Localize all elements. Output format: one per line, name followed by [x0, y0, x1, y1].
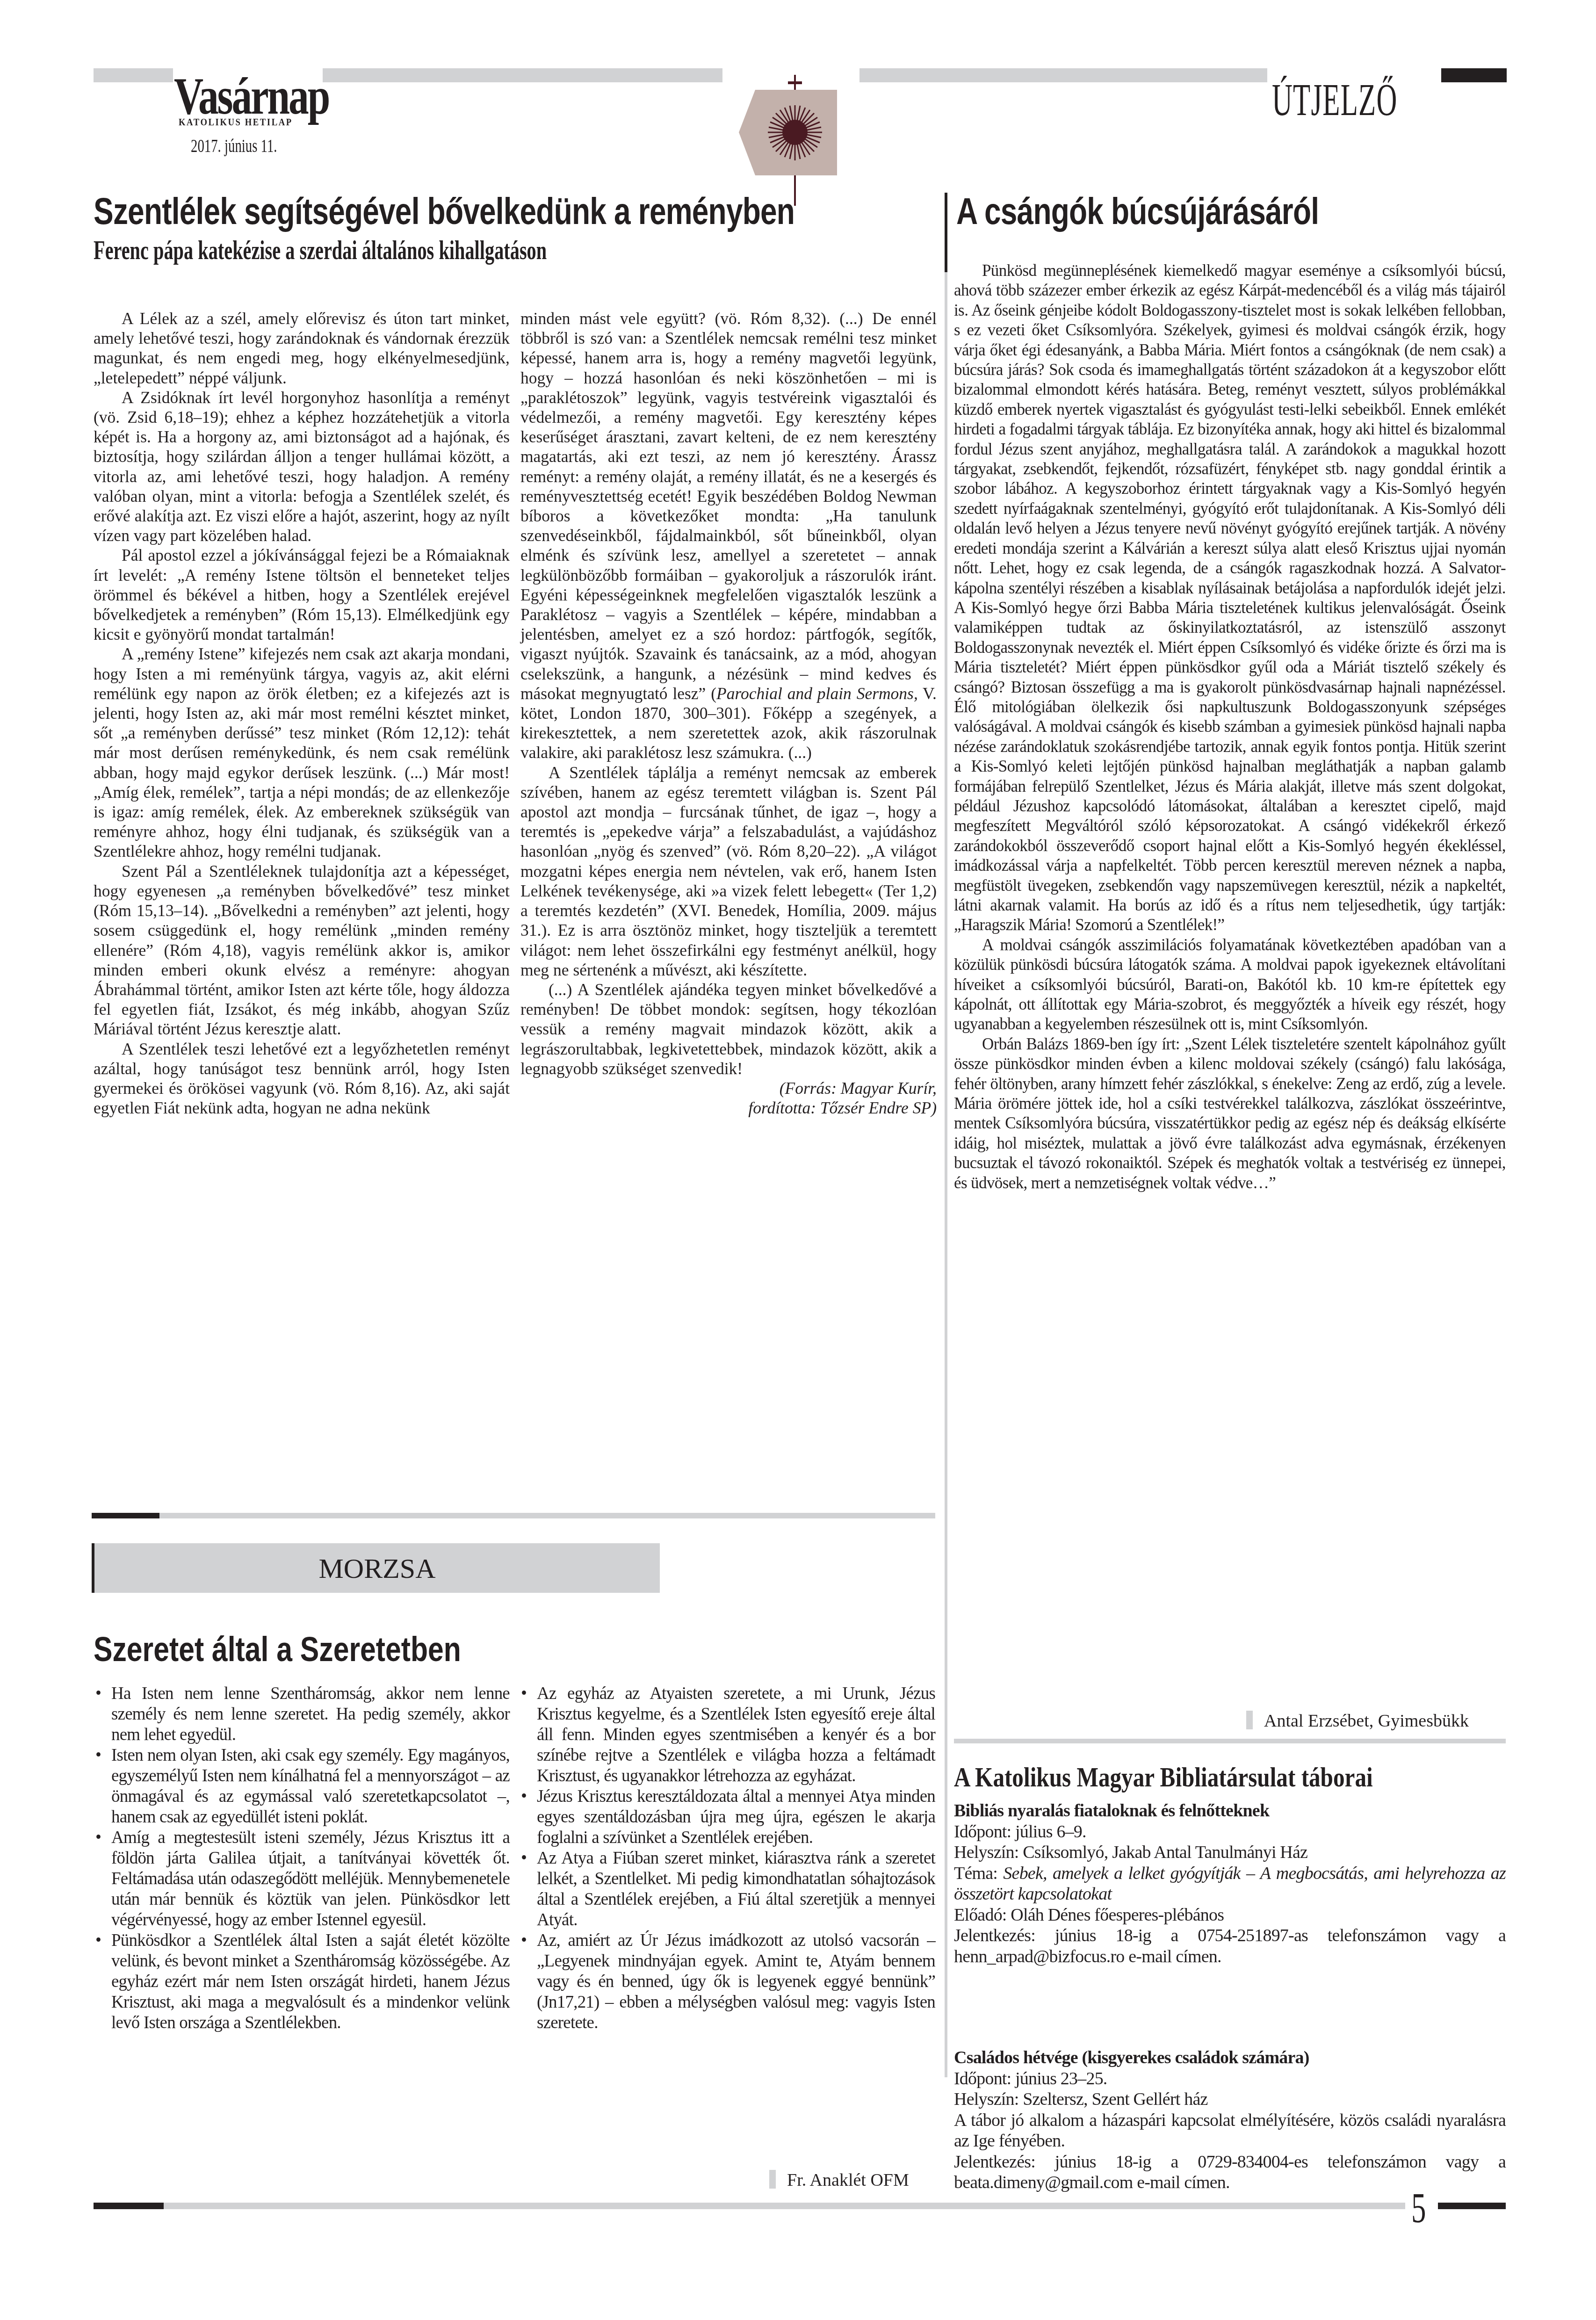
sun-cross-emblem-icon	[737, 75, 842, 206]
column-divider	[945, 193, 947, 272]
camp-1: Bibliás nyaralás fiataloknak és felnőtte…	[954, 1800, 1506, 1967]
paragraph: Orbán Balázs 1869-ben így írt: „Szent Lé…	[954, 1034, 1506, 1193]
main-article-col2: minden mást vele együtt? (vö. Róm 8,32).…	[520, 309, 937, 1118]
citation-title: Parochial and plain Sermons,	[716, 684, 918, 703]
source-line: (Forrás: Magyar Kurír,	[520, 1078, 937, 1098]
morzsa-headline: Szeretet által a Szeretetben	[94, 1632, 461, 1667]
camp-place: Helyszín: Csíksomlyó, Jakab Antal Tanulm…	[954, 1842, 1506, 1863]
bullet-item: Isten nem olyan Isten, aki csak egy szem…	[94, 1745, 510, 1828]
newspaper-subtitle: KATOLIKUS HETILAP	[179, 117, 295, 127]
translator-line: fordította: Tőzsér Endre SP)	[520, 1098, 937, 1118]
bullet-item: Jézus Krisztus keresztáldozata által a m…	[519, 1786, 935, 1848]
camp-date: Időpont: július 6–9.	[954, 1821, 1506, 1843]
camp-theme: Téma: Sebek, amelyek a lelket gyógyítják…	[954, 1863, 1506, 1905]
bullet-item: Ha Isten nem lenne Szentháromság, akkor …	[94, 1684, 510, 1745]
camps-top-rule	[954, 1739, 1506, 1743]
morzsa-byline: Fr. Anaklét OFM	[769, 2170, 909, 2189]
paragraph: Pál apostol ezzel a jókívánsággal fejezi…	[94, 545, 510, 644]
camp-description: A tábor jó alkalom a házaspári kapcsolat…	[954, 2110, 1506, 2152]
camp-date: Időpont: június 23–25.	[954, 2068, 1506, 2089]
newspaper-title: Vasárnap	[174, 70, 329, 123]
paragraph: (...) A Szentlélek ajándéka tegyen minke…	[520, 980, 937, 1078]
camp-title: Bibliás nyaralás fiataloknak és felnőtte…	[954, 1800, 1506, 1821]
bullet-item: Amíg a megtestesült isteni személy, Jézu…	[94, 1828, 510, 1930]
paragraph: minden mást vele együtt? (vö. Róm 8,32).…	[520, 309, 937, 763]
header-rule-left	[94, 68, 173, 82]
camp-place: Helyszín: Szeltersz, Szent Gellért ház	[954, 2089, 1506, 2110]
paragraph: A Zsidóknak írt levél horgonyhoz hasonlí…	[94, 388, 510, 546]
side-headline: A csángók búcsújárásáról	[956, 193, 1319, 230]
camp-title: Családos hétvége (kisgyerekes családok s…	[954, 2047, 1506, 2068]
byline-marker	[1246, 1711, 1253, 1729]
paragraph: A moldvai csángók asszimilációs folyamat…	[954, 935, 1506, 1034]
page-number: 5	[1411, 2188, 1426, 2230]
paragraph: Szent Pál a Szentléleknek tulajdonítja a…	[94, 861, 510, 1039]
column-divider-grey	[945, 272, 947, 2077]
paragraph: A „remény Istene” kifejezés nem csak azt…	[94, 644, 510, 861]
footer-rule-right	[1438, 2203, 1506, 2209]
footer-rule	[164, 2203, 1405, 2209]
morzsa-section-label: MORZSA	[92, 1543, 660, 1593]
morzsa-col1: Ha Isten nem lenne Szentháromság, akkor …	[94, 1684, 510, 2033]
bullet-item: Az, amiért az Úr Jézus imádkozott az uto…	[519, 1930, 935, 2033]
camp-signup: Jelentkezés: június 18-ig a 0754-251897-…	[954, 1925, 1506, 1967]
byline-marker	[769, 2170, 776, 2189]
main-subheadline: Ferenc pápa katekézise a szerdai általán…	[94, 238, 547, 264]
header-rule-mid-right	[859, 68, 1267, 82]
main-article-col1: A Lélek az a szél, amely előrevisz és út…	[94, 309, 510, 1118]
bullet-item: Az Atya a Fiúban szeret minket, kiáraszt…	[519, 1848, 935, 1930]
article-end-rule	[159, 1513, 935, 1518]
paragraph: A Szentlélek táplálja a reményt nemcsak …	[520, 763, 937, 980]
main-headline: Szentlélek segítségével bővelkedünk a re…	[94, 193, 794, 230]
side-article-body: Pünkösd megünneplésének kiemelkedő magya…	[954, 261, 1506, 1193]
camp-speaker: Előadó: Oláh Dénes főesperes-plébános	[954, 1905, 1506, 1926]
camps-headline: A Katolikus Magyar Bibliatársulat tábora…	[954, 1763, 1373, 1791]
paragraph: Pünkösd megünneplésének kiemelkedő magya…	[954, 261, 1506, 935]
bullet-item: Az egyház az Atyaisten szeretete, a mi U…	[519, 1684, 935, 1786]
footer-rule-dark	[94, 2203, 164, 2209]
article-end-rule-dark	[92, 1513, 159, 1518]
issue-date: 2017. június 11.	[191, 137, 277, 155]
paragraph: A Lélek az a szél, amely előrevisz és út…	[94, 309, 510, 388]
section-label: ÚTJELZŐ	[1272, 77, 1398, 123]
side-article-byline: Antal Erzsébet, Gyimesbükk	[1246, 1711, 1469, 1730]
camp-2: Családos hétvége (kisgyerekes családok s…	[954, 2047, 1506, 2193]
paragraph: A Szentlélek teszi lehetővé ezt a legyőz…	[94, 1039, 510, 1118]
header-rule-right	[1441, 68, 1507, 82]
header-rule-mid-left	[323, 68, 722, 82]
morzsa-label: MORZSA	[94, 1554, 660, 1583]
bullet-item: Pünkösdkor a Szentlélek által Isten a sa…	[94, 1930, 510, 2033]
morzsa-col2: Az egyház az Atyaisten szeretete, a mi U…	[519, 1684, 935, 2033]
